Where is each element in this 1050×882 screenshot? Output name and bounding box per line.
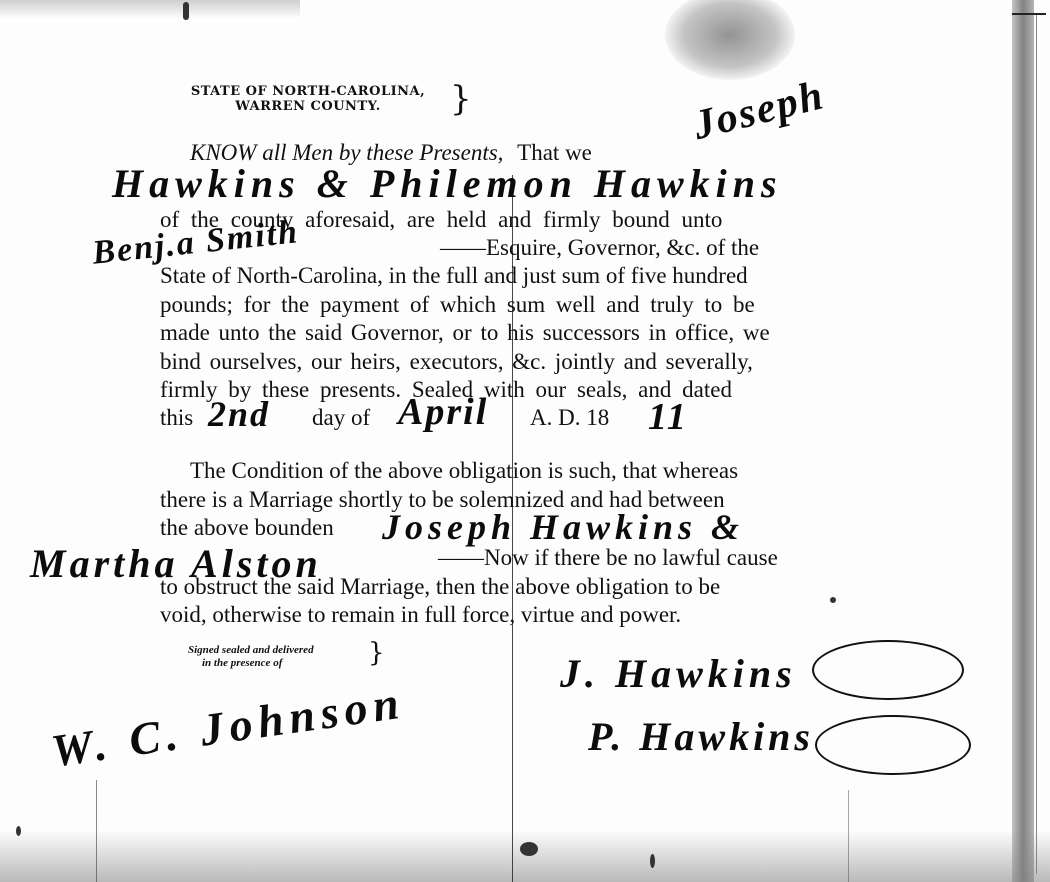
witness-label-line-1: Signed sealed and delivered — [188, 644, 314, 657]
ink-blot — [183, 2, 189, 20]
dash: —— — [438, 545, 484, 570]
bond-date-this: this — [160, 405, 193, 431]
handwritten-year-suffix: 11 — [648, 395, 688, 439]
paper-fold-line-left — [96, 780, 97, 882]
witness-label-line-2: in the presence of — [202, 657, 282, 670]
bond-text-governor: Esquire, Governor, &c. of the — [486, 235, 759, 260]
condition-line-4-text: Now if there be no lawful cause — [484, 545, 778, 570]
bond-text-line-8: bind ourselves, our heirs, executors, &c… — [160, 349, 753, 375]
scan-bottom-edge-shadow — [0, 830, 1050, 882]
bond-text-line-5: State of North-Carolina, in the full and… — [160, 263, 748, 289]
scan-right-edge-shadow — [1012, 0, 1034, 882]
scan-border-line — [1036, 14, 1037, 874]
handwritten-groom: Joseph Hawkins & — [382, 506, 744, 548]
header-state: STATE OF NORTH-CAROLINA, — [158, 84, 458, 99]
condition-line-1: The Condition of the above obligation is… — [190, 458, 738, 484]
signature-p-hawkins: P. Hawkins — [588, 713, 814, 760]
condition-line-4: ——Now if there be no lawful cause — [438, 545, 778, 571]
handwritten-day: 2nd — [208, 393, 270, 435]
ink-blot — [650, 854, 655, 868]
seal-2 — [815, 715, 971, 775]
ink-blot — [520, 842, 538, 856]
bond-text-line-6: pounds; for the payment of which sum wel… — [160, 292, 755, 318]
condition-line-5: to obstruct the said Marriage, then the … — [160, 574, 720, 600]
handwritten-principals: Hawkins & Philemon Hawkins — [112, 160, 783, 207]
witness-brace: } — [368, 640, 385, 666]
bond-date-dayof: day of — [312, 405, 370, 431]
bond-text-line-4: ——Esquire, Governor, &c. of the — [440, 235, 759, 261]
handwritten-principal-first-name: Joseph — [688, 71, 829, 150]
scan-top-edge-shadow — [0, 0, 300, 18]
bond-date-year-prefix: A. D. 18 — [530, 405, 609, 431]
document-header: STATE OF NORTH-CAROLINA, WARREN COUNTY. — [158, 84, 458, 114]
condition-line-6: void, otherwise to remain in full force,… — [160, 602, 681, 628]
condition-line-3: the above bounden — [160, 515, 334, 541]
dash: —— — [440, 235, 486, 260]
ink-stain — [665, 0, 795, 80]
header-brace: } — [450, 82, 472, 116]
seal-1 — [812, 640, 964, 700]
handwritten-month: April — [398, 390, 488, 434]
scanned-document-page: STATE OF NORTH-CAROLINA, WARREN COUNTY. … — [0, 0, 1050, 882]
paper-fold-line-right — [848, 790, 849, 882]
signature-j-hawkins: J. Hawkins — [560, 650, 797, 697]
header-county: WARREN COUNTY. — [158, 99, 458, 114]
bond-text-line-7: made unto the said Governor, or to his s… — [160, 320, 770, 346]
ink-blot — [16, 826, 21, 836]
scan-corner-mark — [1012, 13, 1046, 15]
ink-blot — [830, 597, 836, 603]
witness-signature: W. C. Johnson — [48, 675, 408, 777]
